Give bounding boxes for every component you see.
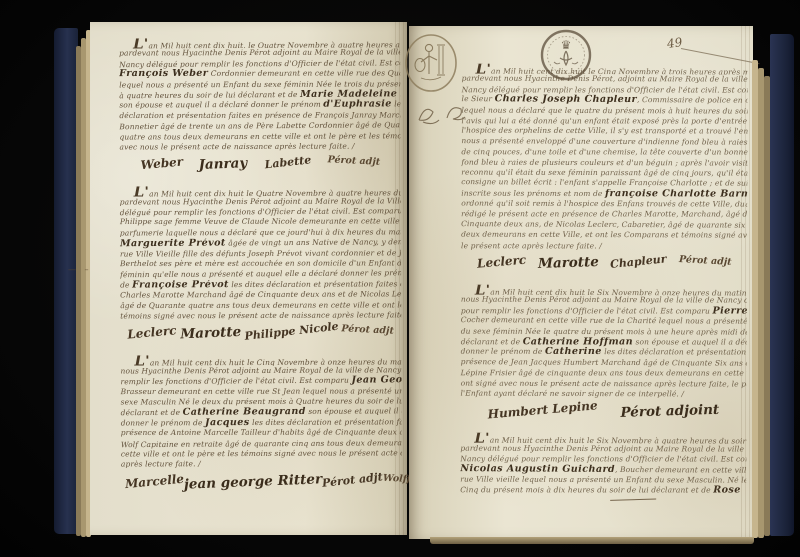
- person-name: Françoise Prévot: [132, 279, 229, 290]
- signature-row: LeclercMarotteChapleurPérot adjt: [461, 251, 747, 283]
- manuscript-line: l'avis qui lui a été donné qu'un enfant …: [461, 116, 747, 127]
- book-cover-right: [770, 34, 794, 536]
- manuscript-line: nous Hyacinthe Denis Pérot adjoint au Ma…: [461, 295, 747, 306]
- manuscript-line: Cinq du présent mois à dix heures du soi…: [460, 486, 746, 497]
- manuscript-line: François Weber Cordonnier demeurant en c…: [119, 69, 400, 80]
- person-name: françoise Charlotte Barman: [605, 188, 747, 199]
- manuscript-line: lequel nous a déclaré que le quatre du p…: [462, 105, 748, 116]
- page-edge-bottom: [430, 537, 754, 544]
- manuscript-line: rue Ville vieille lequel nous a présenté…: [460, 474, 746, 485]
- manuscript-line: le présent acte après lecture faite. /: [461, 241, 747, 252]
- signature: Leclerc: [476, 253, 526, 271]
- signature-row: WeberJanrayLabettePérot adjt: [120, 152, 401, 184]
- right-page-entry-1: L'an Mil huit cent dix huit le Cinq Nove…: [461, 64, 748, 283]
- signature: Pérot adjt: [322, 470, 384, 490]
- left-page: — – L'an Mil huit cent dix huit, le Quat…: [90, 22, 407, 535]
- person-name: Catherine: [545, 347, 602, 357]
- manuscript-line: nous a présenté enveloppé d'une couvertu…: [461, 136, 747, 148]
- left-page-entry-1: L'an Mil huit cent dix huit, le Quatre N…: [119, 37, 401, 184]
- right-page-content: L'an Mil huit cent dix huit le Cinq Nove…: [408, 25, 754, 500]
- manuscript-line: de cinq pouces, d'une toile et d'une che…: [461, 147, 747, 158]
- person-name: Marie Madeleine André: [300, 89, 400, 100]
- person-name: François Weber: [119, 69, 208, 80]
- signature: Pérot adjoint: [621, 402, 720, 421]
- manuscript-line: pardevant nous Hyacinthe Denis Pérot adj…: [460, 443, 746, 454]
- manuscript-line: présence de Jean Jacques Humbert Marchan…: [461, 357, 747, 369]
- manuscript-line: témoins signé avec nous le présent acte …: [120, 310, 401, 322]
- signature: Chapleur: [610, 252, 668, 271]
- manuscript-line: l'Enfant ayant déclaré ne savoir signer …: [461, 389, 747, 400]
- person-name: Jacques: [205, 417, 250, 428]
- manuscript-line: Bonnetier âgé de trente un ans de Père L…: [119, 120, 400, 132]
- manuscript-line: Philippe sage femme Veuve de Claude Nico…: [120, 217, 401, 228]
- signature: Pérot adjt: [678, 254, 731, 268]
- signature: Leclerc: [127, 324, 177, 342]
- person-name: Catherine Hoffman: [523, 337, 633, 347]
- manuscript-line: Charles Marotte Marchand âgé de Cinquant…: [120, 290, 401, 302]
- signature: Philippe Nicole: [243, 320, 338, 343]
- manuscript-line: deux demeurans en cette Ville, et ont le…: [461, 230, 747, 241]
- manuscript-line: à quatre heures du soir de lui déclarant…: [119, 89, 400, 101]
- manuscript-line: Wolf Capitaine en retraite âgé de quaran…: [121, 438, 402, 450]
- signature: Weber: [140, 155, 184, 173]
- signature: Marcelle: [124, 471, 184, 490]
- person-name: Pierre Barbé: [712, 306, 746, 316]
- person-name: Nicolas Augustin Guichard: [460, 464, 615, 475]
- signature: Janray: [199, 155, 248, 173]
- signature: Humbert Lepine: [487, 399, 598, 422]
- person-name: Jean George Ritter: [351, 375, 401, 385]
- person-name: Rose: [713, 486, 740, 496]
- photo-background: — – L'an Mil huit cent dix huit, le Quat…: [0, 0, 800, 557]
- signature: Marotte: [537, 254, 598, 272]
- book-spine-left: [54, 28, 78, 534]
- manuscript-line: déclarant et de Catherine Hoffman son ép…: [461, 337, 747, 348]
- manuscript-line: déclaration et présentation faites en pr…: [119, 110, 400, 121]
- right-page-entry-3: L'an Mil huit cent dix huit le Six Novem…: [460, 433, 746, 500]
- manuscript-line: âgé de Quarante quatre ans tous deux dem…: [120, 300, 401, 311]
- left-page-entry-3: L'an Mil huit cent dix huit le Cinq Nove…: [120, 355, 402, 502]
- signature-row: Humbert LepinePérot adjoint: [460, 399, 746, 431]
- manuscript-line: du sexe féminin Née le quatre du présent…: [461, 326, 747, 337]
- signature: Pérot adjt: [327, 155, 380, 169]
- signature: Wolff: [383, 472, 411, 484]
- person-name: d'Euphrasie: [323, 100, 391, 110]
- manuscript-line: consigne un billet écrit : l'enfant s'ap…: [461, 177, 747, 189]
- person-name: Marguerite Prévot: [120, 238, 226, 250]
- manuscript-line: Cinquante deux ans, de Nicolas Leclerc, …: [461, 219, 747, 231]
- manuscript-line: le Sieur Charles Joseph Chapleur, Commis…: [462, 94, 748, 106]
- manuscript-line: Cocher demeurant en cette ville rue de l…: [461, 315, 747, 327]
- left-page-entry-2: L'an Mil huit cent dix huit le Quatre No…: [120, 186, 402, 353]
- signature-row: LeclercMarottePhilippe NicolePérot adjt: [120, 321, 401, 353]
- left-page-content: L'an Mil huit cent dix huit, le Quatre N…: [89, 21, 408, 501]
- right-page: ♛ 49 L'an Mil huit cent dix huit le Cinq…: [409, 26, 753, 539]
- manuscript-line: quatre ans tous deux demeurans en cette …: [119, 131, 400, 143]
- person-name: Catherine Beaugrand: [183, 407, 306, 419]
- underline-flourish-icon: [610, 498, 656, 500]
- manuscript-line: Lépine Frisier âgé de cinquante deux ans…: [461, 368, 747, 379]
- signature: jean george Ritter: [184, 471, 323, 492]
- signature-row: Marcellejean george RitterPérot adjtWolf…: [121, 469, 402, 501]
- signature: Pérot adjt: [341, 324, 394, 338]
- signature: Labette: [264, 154, 312, 172]
- right-page-entry-2: L'an Mil huit cent dix huit le Six Novem…: [460, 285, 747, 431]
- manuscript-line: présence de Antoine Marcelle Tailleur d'…: [121, 428, 402, 439]
- manuscript-line: Brasseur demeurant en cette ville rue St…: [121, 386, 402, 397]
- signature: Marotte: [180, 324, 241, 342]
- margin-marks: — –: [68, 265, 92, 274]
- manuscript-line: pardevant nous Hyacinthe Denis Pérot, ad…: [462, 74, 748, 85]
- manuscript-line: Nicolas Augustin Guichard, Boucher demeu…: [460, 464, 746, 476]
- person-name: Charles Joseph Chapleur: [495, 94, 637, 105]
